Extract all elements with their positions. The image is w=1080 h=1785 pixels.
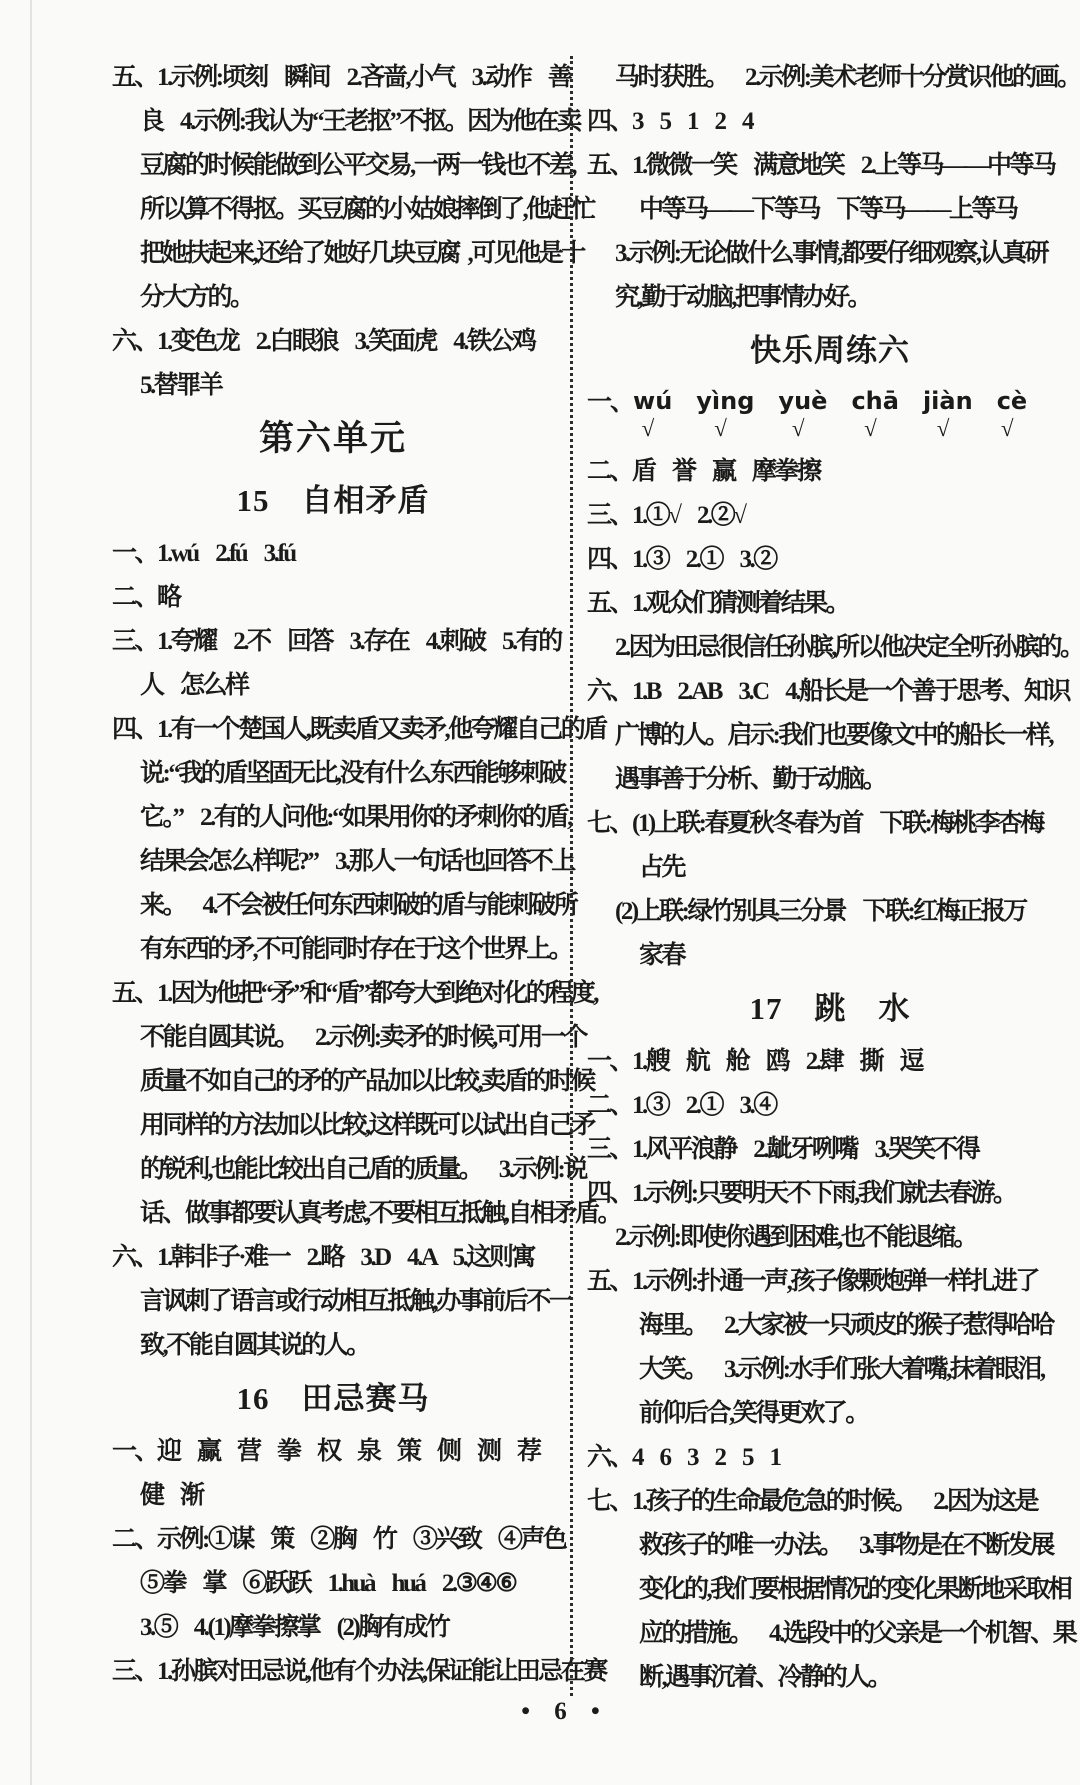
- answer-line: 5.替罪羊: [112, 364, 554, 408]
- answer-line: 质量不如自己的矛的产品加以比较,卖盾的时候: [112, 1060, 554, 1104]
- answer-line: 3.示例:无论做什么事情,都要仔细观察,认真研: [587, 232, 1073, 276]
- pinyin-text: wú: [633, 386, 672, 416]
- answer-line: 马时获胜。 2.示例:美术老师十分赏识他的画。: [587, 56, 1073, 100]
- answer-line: 四、1.有一个楚国人,既卖盾又卖矛,他夸耀自己的盾: [112, 708, 554, 752]
- answer-line: 二、盾 誉 赢 摩拳擦: [587, 450, 1073, 494]
- answer-line: 言讽刺了语言或行动相互抵触,办事前后不一: [112, 1280, 554, 1324]
- lesson-heading: 16 田忌赛马: [112, 1368, 554, 1430]
- check-mark-icon: √: [792, 416, 802, 442]
- answer-line: 大笑。 3.示例:水手们张大着嘴,抹着眼泪,: [587, 1348, 1073, 1392]
- answer-line: 所以算不得抠。买豆腐的小姑娘摔倒了,他赶忙: [112, 188, 554, 232]
- answer-line: 救孩子的唯一办法。 3.事物是在不断发展: [587, 1524, 1073, 1568]
- answer-line: 中等马——下等马 下等马——上等马: [587, 188, 1073, 232]
- answer-line: 三、1.夸耀 2.不 回答 3.存在 4.刺破 5.有的: [112, 620, 554, 664]
- answer-line: 结果会怎么样呢?” 3.那人一句话也回答不上: [112, 840, 554, 884]
- answer-line: 二、略: [112, 576, 554, 620]
- answer-line: 健 渐: [112, 1474, 554, 1518]
- answer-line: 五、1.示例:顷刻 瞬间 2.吝啬,小气 3.动作 善: [112, 56, 554, 100]
- answer-line: 究,勤于动脑,把事情办好。: [587, 276, 1073, 320]
- answer-line: ⑤拳 掌 ⑥跃跃 1.huà huá 2.③④⑥: [112, 1562, 554, 1606]
- answer-line: 海里。 2.大家被一只顽皮的猴子惹得哈哈: [587, 1304, 1073, 1348]
- answer-line: 变化的,我们要根据情况的变化果断地采取相: [587, 1568, 1073, 1612]
- answer-line: 三、1.孙膑对田忌说,他有个办法,保证能让田忌在赛: [112, 1650, 554, 1694]
- answer-line: 来。 4.不会被任何东西刺破的盾与能刺破所: [112, 884, 554, 928]
- answer-line: 话、做事都要认真考虑,不要相互抵触,自相矛盾。: [112, 1192, 554, 1236]
- pinyin-text: yìng: [696, 386, 754, 416]
- answer-line: 把她扶起来,还给了她好几块豆腐 ,可见他是十: [112, 232, 554, 276]
- answer-line: 五、1.因为他把“矛”和“盾”都夸大到绝对化的程度,: [112, 972, 554, 1016]
- answer-line: (2)上联:绿竹别具三分景 下联:红梅正报万: [587, 890, 1073, 934]
- answer-line: 分大方的。: [112, 276, 554, 320]
- pinyin-text: yuè: [778, 386, 827, 416]
- answer-line: 四、1.③ 2.① 3.②: [587, 538, 1073, 582]
- pinyin-syllable: wú√: [633, 386, 672, 442]
- answer-columns: 五、1.示例:顷刻 瞬间 2.吝啬,小气 3.动作 善良 4.示例:我认为“王老…: [112, 56, 1073, 1700]
- answer-line: 良 4.示例:我认为“王老抠”不抠。因为他在卖: [112, 100, 554, 144]
- answer-line: 豆腐的时候能做到公平交易,一两一钱也不差,: [112, 144, 554, 188]
- answer-line: 一、迎 赢 营 拳 权 泉 策 侧 测 荐: [112, 1430, 554, 1474]
- pinyin-text: chā: [851, 386, 899, 416]
- answer-line: 七、1.孩子的生命最危急的时候。 2.因为这是: [587, 1480, 1073, 1524]
- answer-line: 六、4 6 3 2 5 1: [587, 1436, 1073, 1480]
- page-number: • 6 •: [521, 1698, 609, 1726]
- lesson-heading: 快乐周练六: [587, 320, 1073, 382]
- answer-line: 2.示例:即使你遇到困难,也不能退缩。: [587, 1216, 1073, 1260]
- answer-line: 用同样的方法加以比较,这样既可以试出自己矛: [112, 1104, 554, 1148]
- lesson-heading: 15 自相矛盾: [112, 470, 554, 532]
- pinyin-syllable: jiàn√: [923, 386, 973, 442]
- answer-line: 3.⑤ 4.(1)摩拳擦掌 (2)胸有成竹: [112, 1606, 554, 1650]
- answer-line: 六、1.韩非子·难一 2.略 3.D 4.A 5.这则寓: [112, 1236, 554, 1280]
- answer-line: 一、1.wú 2.fú 3.fú: [112, 532, 554, 576]
- pinyin-answer-row: 一、wú√yìng√yuè√chā√jiàn√cè√: [587, 382, 1073, 450]
- answer-line: 说:“我的盾坚固无比,没有什么东西能够刺破: [112, 752, 554, 796]
- answer-line: 四、3 5 1 2 4: [587, 100, 1073, 144]
- unit-heading: 第六单元: [112, 408, 554, 470]
- right-column: 马时获胜。 2.示例:美术老师十分赏识他的画。四、3 5 1 2 4五、1.微微…: [573, 56, 1073, 1700]
- answer-line: 五、1.观众们猜测着结果。: [587, 582, 1073, 626]
- check-mark-icon: √: [937, 416, 947, 442]
- answer-line: 六、1.B 2.AB 3.C 4.船长是一个善于思考、知识: [587, 670, 1073, 714]
- answer-line: 三、1.①√ 2.②√: [587, 494, 1073, 538]
- answer-line: 占先: [587, 846, 1073, 890]
- pinyin-syllable: chā√: [851, 386, 899, 442]
- answer-line: 七、(1)上联:春夏秋冬春为首 下联:梅桃李杏梅: [587, 802, 1073, 846]
- pinyin-text: jiàn: [923, 386, 973, 416]
- pinyin-syllable: yuè√: [778, 386, 827, 442]
- answer-line: 一、1.艘 航 舱 鸥 2.肆 撕 逗: [587, 1040, 1073, 1084]
- answer-line: 六、1.变色龙 2.白眼狼 3.笑面虎 4.铁公鸡: [112, 320, 554, 364]
- answer-line: 五、1.微微一笑 满意地笑 2.上等马——中等马: [587, 144, 1073, 188]
- answer-line: 2.因为田忌很信任孙膑,所以他决定全听孙膑的。: [587, 626, 1073, 670]
- workbook-answer-page: { "page": { "number_label": "• 6 •" }, "…: [0, 0, 1080, 1785]
- pinyin-text: cè: [997, 386, 1028, 416]
- answer-line: 应的措施。 4.选段中的父亲是一个机智、果: [587, 1612, 1073, 1656]
- pinyin-syllable: cè√: [997, 386, 1028, 442]
- answer-line: 家春: [587, 934, 1073, 978]
- answer-line: 断,遇事沉着、冷静的人。: [587, 1656, 1073, 1700]
- answer-line: 人 怎么样: [112, 664, 554, 708]
- check-mark-icon: √: [1001, 416, 1011, 442]
- answer-line: 三、1.风平浪静 2.龇牙咧嘴 3.哭笑不得: [587, 1128, 1073, 1172]
- answer-line: 遇事善于分析、勤于动脑。: [587, 758, 1073, 802]
- check-mark-icon: √: [642, 416, 652, 442]
- answer-line: 二、示例:①谋 策 ②胸 竹 ③兴致 ④声色: [112, 1518, 554, 1562]
- answer-line: 不能自圆其说。 2.示例:卖矛的时候,可用一个: [112, 1016, 554, 1060]
- answer-line: 五、1.示例:扑通一声,孩子像颗炮弹一样扎进了: [587, 1260, 1073, 1304]
- answer-line: 前仰后合,笑得更欢了。: [587, 1392, 1073, 1436]
- answer-line: 有东西的矛,不可能同时存在于这个世界上。: [112, 928, 554, 972]
- left-column: 五、1.示例:顷刻 瞬间 2.吝啬,小气 3.动作 善良 4.示例:我认为“王老…: [112, 56, 554, 1700]
- answer-line: 四、1.示例:只要明天不下雨,我们就去春游。: [587, 1172, 1073, 1216]
- answer-line: 二、1.③ 2.① 3.④: [587, 1084, 1073, 1128]
- answer-line: 广博的人。启示:我们也要像文中的船长一样,: [587, 714, 1073, 758]
- list-label: 一、: [587, 386, 633, 420]
- check-mark-icon: √: [864, 416, 874, 442]
- answer-line: 它。” 2.有的人问他:“如果用你的矛刺你的盾,: [112, 796, 554, 840]
- pinyin-syllable: yìng√: [696, 386, 754, 442]
- answer-line: 致,不能自圆其说的人。: [112, 1324, 554, 1368]
- scan-edge-line: [30, 0, 32, 1785]
- check-mark-icon: √: [714, 416, 724, 442]
- lesson-heading: 17 跳 水: [587, 978, 1073, 1040]
- answer-line: 的锐利,也能比较出自己盾的质量。 3.示例:说: [112, 1148, 554, 1192]
